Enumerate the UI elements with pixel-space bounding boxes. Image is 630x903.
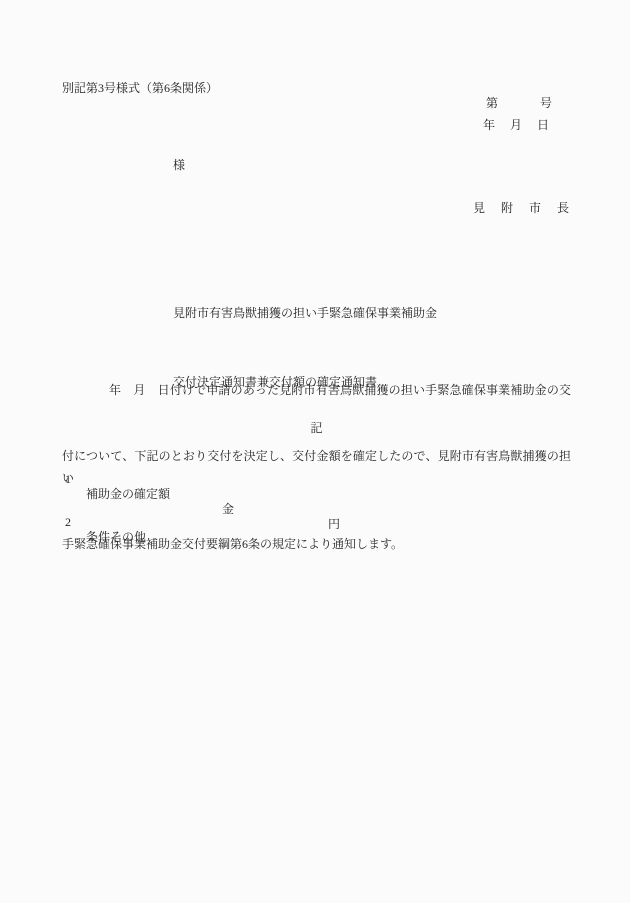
list-item-2-label: 条件その他 <box>86 530 146 545</box>
record-marker: 記 <box>62 421 571 436</box>
addressee-honorific: 様 <box>173 158 185 173</box>
list-item-1-number: 1 <box>65 472 71 487</box>
sender-name: 見 附 市 長 <box>473 201 571 216</box>
document-title-line1: 見附市有害鳥獣捕獲の担い手緊急確保事業補助金 <box>173 302 437 325</box>
list-item-2-number: 2 <box>65 515 71 530</box>
document-page: 別記第3号様式（第6条関係） 第 号 年 月 日 様 見 附 市 長 見附市有害… <box>0 0 630 903</box>
list-item-1: 1 補助金の確定額 金 円 <box>0 457 630 473</box>
form-number-label: 別記第3号様式（第6条関係） <box>62 81 218 96</box>
list-item-1-amount-suffix: 円 <box>328 517 340 532</box>
body-paragraph-line1: 年 月 日付けで申請のあった見附市有害鳥獣捕獲の担い手緊急確保事業補助金の交 <box>62 379 571 401</box>
list-item-2: 2 条件その他 <box>0 500 630 516</box>
document-date-line: 年 月 日 <box>483 118 551 133</box>
document-number-line: 第 号 <box>486 96 554 111</box>
